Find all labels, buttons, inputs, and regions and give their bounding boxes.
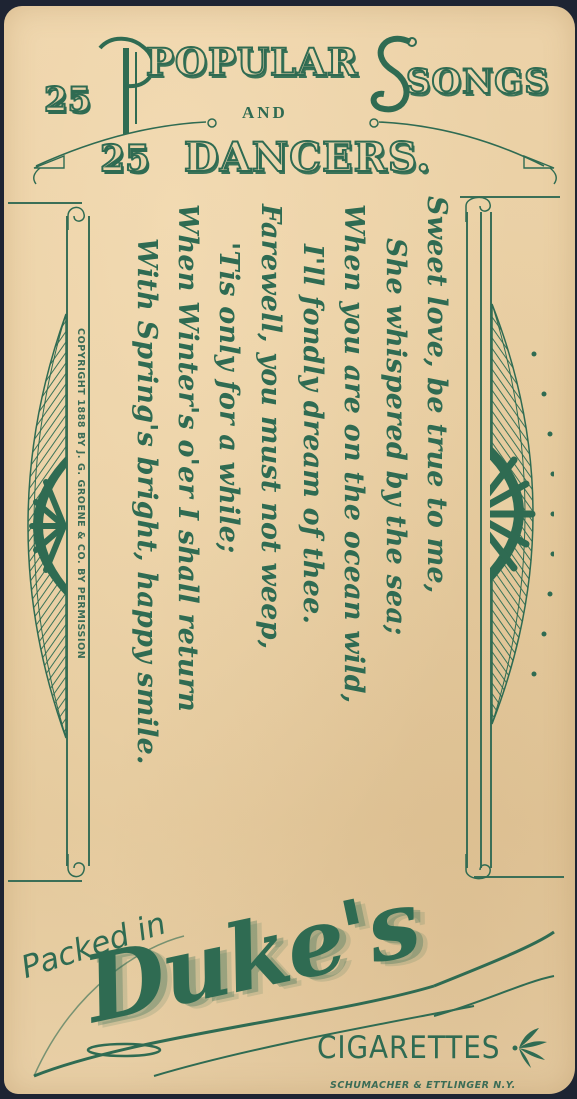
poem-line-1: Sweet love, be true to me, — [423, 196, 450, 594]
leaf-spray-icon — [509, 1026, 549, 1070]
scroll-curl-bottom-left-icon — [56, 852, 92, 882]
header-number-bottom: 25 — [100, 138, 150, 180]
right-rosette-ornament-icon — [490, 294, 554, 734]
left-rosette-ornament-icon — [10, 306, 68, 746]
copyright-notice: COPYRIGHT 1888 BY J. G. GROENE & CO. BY … — [75, 328, 86, 659]
header-word-songs: SONGS — [406, 62, 550, 102]
trade-card: 25 POPULAR SONGS AND 25 DANCERS. — [4, 6, 575, 1094]
poem-line-8: With Spring's bright, happy smile. — [133, 238, 160, 765]
header-word-dancers: DANCERS. — [184, 134, 431, 181]
poem-line-2: She whispered by the sea; — [382, 238, 409, 635]
header-word-popular: POPULAR — [146, 40, 359, 84]
scroll-curl-bottom-right-icon — [460, 852, 500, 882]
poem-line-3: When you are on the ocean wild, — [340, 204, 367, 703]
poem-line-5: Farewell, you must not weep, — [257, 204, 284, 649]
printer-credit: SCHUMACHER & ETTLINGER N.Y. — [330, 1080, 516, 1091]
poem-line-6: 'Tis only for a while; — [215, 242, 242, 553]
product-label: CIGARETTES — [317, 1030, 500, 1066]
poem-line-4: I'll fondly dream of thee. — [299, 244, 326, 624]
scroll-curl-top-right-icon — [460, 194, 500, 224]
scroll-curl-top-left-icon — [56, 202, 92, 232]
poem-line-7: When Winter's o'er I shall return — [174, 204, 201, 712]
